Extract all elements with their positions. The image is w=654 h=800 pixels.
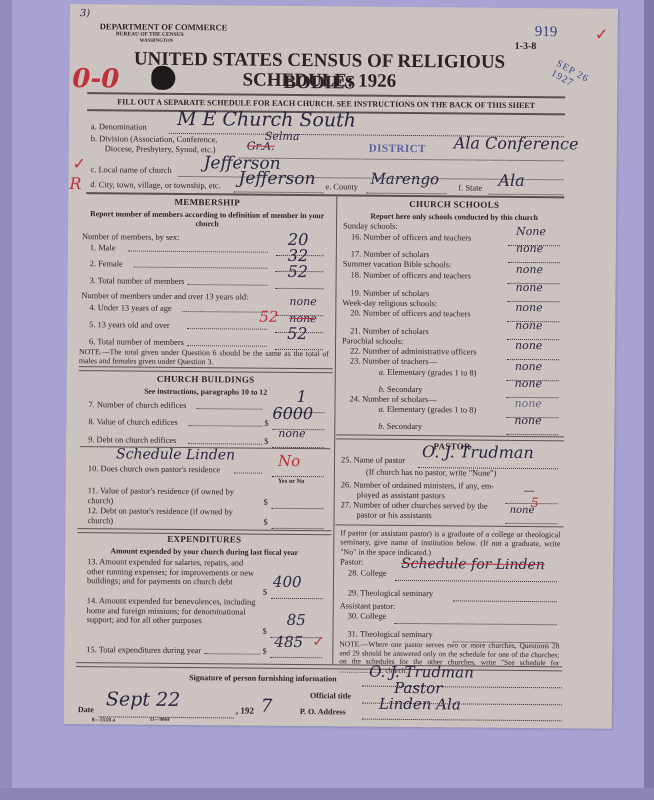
dollar-sign: $ [262,647,266,656]
background-edge-left [0,0,12,800]
summer-officers-value: none [516,263,543,276]
q5-label: 5. 13 years old and over [89,320,170,330]
print-code: 11—9064 [150,718,170,723]
buildings-subtitle: See instructions, paragraphs 10 to 12 [81,386,331,397]
expenditures-subtitle: Amount expended by your church during la… [79,546,329,557]
q1-label: 1. Male [90,243,116,252]
q20-label: 20. Number of officers and teachers [350,308,470,318]
dollar-sign: $ [262,627,266,636]
q25-label: 25. Name of pastor [341,455,405,465]
buildings-title: CHURCH BUILDINGS [81,373,331,385]
q31-label: 31. Theological seminary [347,629,432,639]
q24b-label: b. Secondary [378,422,422,431]
q26-label-2: ployed as assistant pastors [357,491,445,501]
q23a-label: a. Elementary (grades 1 to 8) [379,368,477,378]
check-mark-icon: ✓ [595,25,609,45]
weekday-officers-value: none [515,301,542,314]
margin-letter: R [69,174,81,193]
sunday-officers-value: None [516,225,546,238]
pastor-college-value: Schedule for Linden [401,556,545,573]
leader-dots [188,425,262,427]
owns-residence-value: No [278,452,300,470]
age-label: Number of members under and over 13 year… [81,291,248,301]
residence-debt-field[interactable] [271,516,323,529]
by-sex-label: Number of members, by sex: [82,232,180,242]
divider [79,366,333,373]
margin-mark: 3) [80,8,90,19]
local-name-label: c. Local name of church [91,165,172,175]
total-expenditures-value: 485 [274,633,303,651]
q21-label: 21. Number of scholars [350,326,429,336]
county-label: e. County [325,182,358,191]
official-title-label: Official title [310,691,351,700]
dollar-sign: $ [264,437,268,446]
q30-label: 30. College [348,611,387,620]
q18-label: 18. Number of officers and teachers [351,270,471,280]
q19-label: 19. Number of scholars [350,288,429,298]
weekday-schools-label: Week-day religious schools: [342,298,437,308]
q3-label: 3. Total number of members [90,276,185,286]
state-value: Ala [498,171,524,190]
dollar-sign: $ [263,518,267,527]
residence-value-field[interactable] [272,496,324,509]
denomination-label: a. Denomination [91,122,147,131]
weekday-scholars-value: none [515,319,542,332]
q17-label: 17. Number of scholars [351,249,430,259]
q6-label: 6. Total number of members [89,337,184,347]
dollar-sign: $ [263,588,267,597]
leader-dots [128,251,268,253]
serial-number: 919 [535,24,558,41]
sunday-schools-label: Sunday schools: [343,221,398,230]
q24-label: 24. Number of scholars— [350,394,437,404]
parochial-schools-label: Parochial schools: [342,336,403,346]
year-prefix: , 192 [236,705,254,715]
q15-label: 15. Total expenditures during year [86,645,201,655]
dollar-sign: $ [264,419,268,428]
q29-label: 29. Theological seminary [348,588,433,598]
q27-label: 27. Number of other churches served by t… [341,500,488,510]
red-mark: 0-0 [72,64,119,94]
membership-subtitle: Report number of members according to de… [82,209,332,229]
admin-officers-value: none [515,339,542,352]
column-divider [332,196,337,664]
edifices-value-value: 6000 [272,404,313,423]
assistant-pastor-label: Assistant pastor: [340,601,396,610]
expenditures-title: EXPENDITURES [79,533,329,545]
q16-label: 16. Number of officers and teachers [351,232,471,242]
q10-label: 10. Does church own pastor's residence [88,464,220,474]
pastor-name-value: O. J. Trudman [422,442,534,462]
q28-label: 28. College [348,568,387,577]
file-code: 1-3-8 [515,41,537,52]
check-mark-icon: ✓ [312,634,324,651]
q22-label: 22. Number of administrative officers [350,346,477,356]
leader-dots [187,345,267,347]
bureau-name: BUREAU OF THE CENSUS [116,31,184,38]
graduate-instruction: If pastor (or assistant pastor) is a gra… [340,528,560,558]
benevolences-value: 85 [287,611,306,629]
q2-label: 2. Female [90,259,123,268]
state-label: f. State [458,183,482,192]
census-schedule-document: 3) DEPARTMENT OF COMMERCE BUREAU OF THE … [64,4,618,729]
division-value: Selma [265,130,300,143]
form-number: 8—5518 a [92,717,115,723]
leader-dots [234,472,262,473]
q24a-label: a. Elementary (grades 1 to 8) [378,405,476,415]
year-suffix: 7 [261,696,273,717]
q12-label: 12. Debt on pastor's residence (if owned… [87,506,257,527]
leader-dots [134,267,268,269]
summer-schools-label: Summer vacation Bible schools: [343,259,452,269]
q25-hint: (If church has no pastor, write "None") [366,468,497,478]
background-edge-right [644,0,654,800]
denomination-value: M E Church South [177,108,356,132]
leader-dots [187,328,267,330]
ink-blot [151,66,175,90]
date-value: Sept 22 [106,688,180,711]
check-mark-icon: ✓ [73,154,87,174]
membership-title: MEMBERSHIP [82,196,332,208]
q8-label: 8. Value of church edifices [88,417,177,427]
city-label: d. City, town, village, or township, etc… [90,180,220,190]
membership-note: NOTE.—The total given under Question 6 s… [79,347,329,367]
po-address-value: Linden Ala [379,695,461,714]
running-expenses-value: 400 [273,573,302,591]
date-label: Date [78,705,94,714]
leader-dots [188,284,268,286]
background-edge-bottom [0,788,654,800]
assistant-college-field[interactable] [395,611,557,625]
other-churches-correction: 5 [531,496,539,511]
church-schools-title: CHURCH SCHOOLS [340,198,568,210]
scholars-elementary-value: none [514,397,541,410]
division-label: b. Division (Association, Conference, [91,134,218,144]
pastor-sub-label: Pastor: [340,557,363,566]
leader-dots [196,408,262,410]
city-name: WASHINGTON [140,39,174,44]
yes-no-hint: Yes or No [278,478,305,485]
teachers-elementary-value: none [515,360,542,373]
leader-dots [182,311,267,313]
q9-label: 9. Debt on church edifices [88,435,176,445]
po-address-label: P. O. Address [300,707,346,716]
city-value: Jefferson [238,168,315,189]
total-members-value: 52 [288,262,309,281]
summer-scholars-value: none [515,281,542,294]
scholars-secondary-value: none [514,414,541,427]
under-13-value: none [289,295,316,308]
division-label-2: Diocese, Presbytery, Synod, etc.) [105,144,216,154]
teachers-secondary-value: none [515,377,542,390]
edifices-debt-value: none [278,427,305,440]
pastor-seminary-field[interactable] [453,588,557,602]
district-stamp: DISTRICT [369,143,426,155]
q4-label: 4. Under 13 years of age [89,303,171,313]
signature-label: Signature of person furnishing informati… [189,673,337,683]
county-value: Marengo [370,170,439,189]
leader-dots [188,443,262,445]
dollar-sign: $ [264,498,268,507]
sunday-scholars-value: none [516,242,543,255]
divider [335,524,563,527]
leader-dots [204,653,260,654]
q13-label: 13. Amount expended for salaries, repair… [87,557,257,587]
over-13-correction: 52 [259,308,278,326]
district-value: Ala Conference [454,133,579,153]
q7-label: 7. Number of church edifices [88,400,186,410]
q11-label: 11. Value of pastor's residence (if owne… [88,486,258,507]
q23b-label: b. Secondary [379,385,423,394]
q14-label: 14. Amount expended for benevolences, in… [87,596,257,626]
q27-label-2: pastor or his assistants [357,511,432,521]
overwrite-note: Schedule Linden [116,446,235,463]
q23-label: 23. Number of teachers— [350,356,437,366]
total-members-age-value: 52 [287,324,308,343]
q26-label: 26. Number of ordained ministers, if any… [341,480,495,490]
